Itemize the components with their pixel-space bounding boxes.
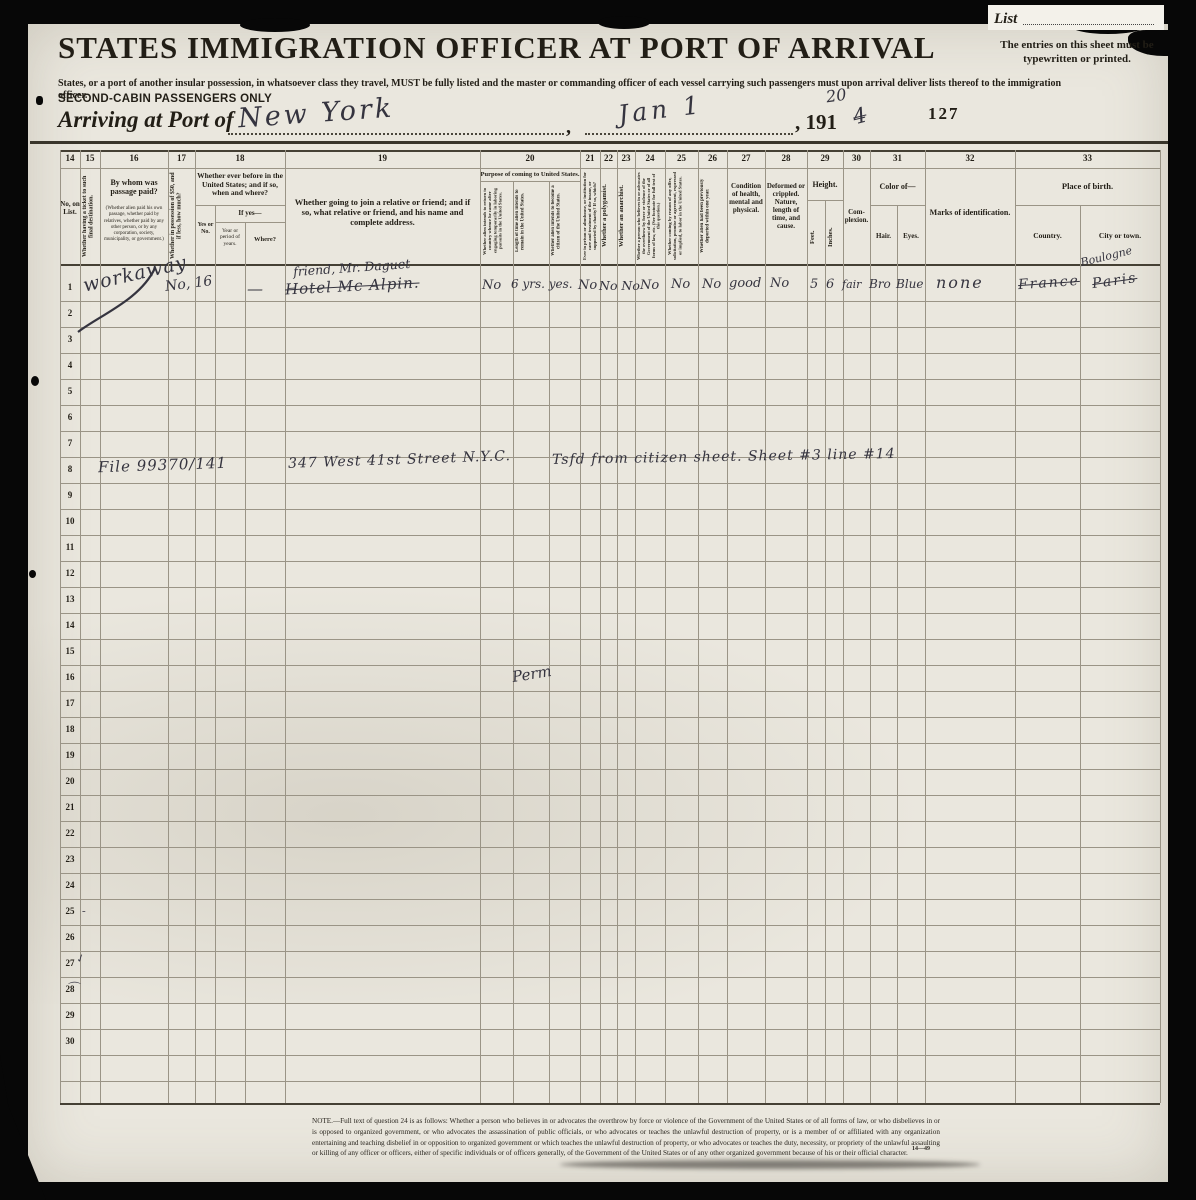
col-header-17: Whether in possession of $50, and if les… [170, 172, 193, 260]
grid-line [897, 205, 898, 1103]
row-number: 30 [60, 1036, 80, 1046]
row-number: 11 [60, 542, 80, 552]
pencil-mark: ⌒ [68, 978, 81, 997]
col-header-29-inches: Inches. [827, 215, 841, 259]
grid-line [60, 535, 1160, 536]
grid-line [765, 150, 766, 1103]
row-number: 21 [60, 802, 80, 812]
row-number: 14 [60, 620, 80, 630]
grid-line [60, 717, 1160, 718]
date-blank-line [585, 133, 793, 135]
col-number-21: 21 [580, 153, 600, 163]
grid-line [60, 795, 1160, 796]
pencil-mark: - [82, 905, 86, 917]
grid-line [60, 509, 1160, 510]
entry-deported: No [702, 277, 721, 292]
col-header-29-feet: Feet. [809, 215, 823, 259]
entry-overthrow: No [640, 278, 659, 293]
col-number-23: 23 [617, 153, 635, 163]
list-label: List [994, 11, 1017, 28]
grid-line [870, 150, 871, 1103]
col-number-31: 31 [870, 153, 925, 163]
col-header-25: Whether coming by reason of any offer, s… [667, 172, 696, 260]
grid-line [1015, 205, 1160, 206]
grid-line [60, 1003, 1160, 1004]
port-blank-line [228, 133, 564, 135]
col-header-16-note: (Whether alien paid his own passage, whe… [102, 206, 166, 244]
grid-line [60, 873, 1160, 874]
grid-line [60, 483, 1160, 484]
grid-line [60, 379, 1160, 380]
col-number-29: 29 [807, 153, 843, 163]
col-header-33: Place of birth. [1015, 182, 1160, 192]
col-number-33: 33 [1015, 153, 1160, 163]
row-number: 29 [60, 1010, 80, 1020]
row-number: 4 [60, 360, 80, 370]
year-correction: 20 [825, 85, 848, 107]
grid-line [60, 327, 1160, 328]
col-number-26: 26 [698, 153, 727, 163]
col-header-28: Deformed or crippled. Nature, length of … [766, 182, 806, 230]
grid-line [60, 1103, 1160, 1105]
year-printed: , 191 [795, 110, 837, 134]
col-header-31-hair: Hair. [870, 232, 897, 240]
grid-line [843, 150, 844, 1103]
entry-deformed: No [770, 276, 789, 291]
arriving-at-port-label: Arriving at Port of [58, 107, 234, 133]
col-number-17: 17 [168, 153, 195, 163]
entry-hair: Bro [869, 277, 891, 291]
row-number: 19 [60, 750, 80, 760]
row-number: 7 [60, 438, 80, 448]
list-blank-line [1023, 24, 1154, 25]
grid-line [60, 561, 1160, 562]
scan-smudge [560, 1160, 980, 1169]
col-number-18: 18 [195, 153, 285, 163]
col-header-15: Whether having a ticket to such final de… [82, 172, 98, 260]
entry-return-intent: No [482, 278, 501, 293]
col-header-18-yesno: Yes or No. [196, 222, 215, 236]
grid-line [60, 925, 1160, 926]
col-number-32: 32 [925, 153, 1015, 163]
col-header-24: Whether a person who believes in or advo… [637, 172, 663, 260]
grid-line [513, 181, 514, 1103]
row-number: 13 [60, 594, 80, 604]
col-number-30: 30 [843, 153, 870, 163]
row-number: 17 [60, 698, 80, 708]
typewritten-note: The entries on this sheet must be typewr… [972, 38, 1182, 67]
col-number-15: 15 [80, 153, 100, 163]
pen-flourish [60, 260, 200, 340]
form-mark: 14—49 [912, 1146, 930, 1152]
grid-line [60, 264, 1160, 266]
col-number-20: 20 [480, 153, 580, 163]
col-header-16: By whom was passage paid? [102, 178, 166, 196]
entry-prison: No [578, 278, 597, 293]
col-header-19: Whether going to join a relative or frie… [290, 198, 475, 227]
col-header-30: Com­plexion. [843, 208, 870, 224]
grid-line [698, 150, 699, 1103]
grid-line [60, 1029, 1160, 1030]
col-number-28: 28 [765, 153, 807, 163]
row-number: 8 [60, 464, 80, 474]
row-number: 22 [60, 828, 80, 838]
entry-eyes: Blue [896, 277, 924, 291]
grid-line [60, 847, 1160, 848]
grid-line [60, 405, 1160, 406]
scan-speck [36, 96, 43, 105]
col-header-22: Whether a polygamist. [601, 172, 616, 260]
grid-line [60, 899, 1160, 900]
grid-line [665, 150, 666, 1103]
grid-line [825, 200, 826, 1103]
col-header-26: Whether alien had been previously deport… [700, 172, 725, 260]
entry-marks: none [936, 273, 984, 292]
grid-line [727, 150, 728, 1103]
grid-line [60, 587, 1160, 588]
col-header-20-sub1: Whether alien intends to return to count… [482, 184, 511, 258]
grid-line [60, 665, 1160, 666]
col-header-27: Condition of health, mental and physical… [728, 182, 764, 214]
col-header-21: Ever in prison or almshouse, or institut… [582, 172, 598, 260]
entry-health: good [729, 276, 761, 291]
grid-line [60, 769, 1160, 770]
col-header-29: Height. [807, 180, 843, 189]
grid-line [60, 743, 1160, 744]
entry-labor-offer: No [671, 277, 690, 292]
grid-line [60, 353, 1160, 354]
scanned-manifest-page: List The entries on this sheet must be t… [0, 0, 1196, 1200]
grid-line [60, 301, 1160, 302]
col-header-33-city: City or town. [1080, 232, 1160, 241]
grid-line [480, 181, 580, 182]
entry-height-inches: 6 [826, 277, 834, 292]
row-number: 5 [60, 386, 80, 396]
col-header-18-year: Year or period of years. [216, 228, 244, 247]
col-header-23: Whether an anarchist. [618, 172, 634, 260]
page-stamp-number: 127 [928, 104, 960, 124]
grid-line [1080, 205, 1081, 1103]
scan-speck [29, 570, 36, 578]
grid-line [245, 222, 246, 1103]
scan-speck [31, 376, 39, 386]
grid-line [60, 150, 1160, 152]
col-header-32: Marks of identification. [925, 208, 1015, 217]
col-number-24: 24 [635, 153, 665, 163]
col-number-16: 16 [100, 153, 168, 163]
entry-height-feet: 5 [810, 277, 818, 292]
grid-line [60, 639, 1160, 640]
col-header-20-sub2: Length of time alien intends to remain i… [515, 184, 545, 258]
col-header-18-ifyes: If yes— [215, 209, 285, 217]
col-number-25: 25 [665, 153, 698, 163]
grid-line [60, 951, 1160, 952]
heavy-rule [30, 141, 1168, 144]
footnote-question-24: NOTE.—Full text of question 24 is as fol… [312, 1116, 940, 1159]
grid-line [60, 977, 1160, 978]
row-number: 9 [60, 490, 80, 500]
grid-line [1160, 150, 1161, 1103]
row-number: 26 [60, 932, 80, 942]
page-title: STATES IMMIGRATION OFFICER AT PORT OF AR… [58, 30, 918, 66]
row-number: 12 [60, 568, 80, 578]
row-number: 10 [60, 516, 80, 526]
row-number: 16 [60, 672, 80, 682]
col-header-33-country: Country. [1015, 232, 1080, 241]
col-header-18: Whether ever before in the United States… [196, 172, 284, 198]
col-header-18-where: Where? [245, 236, 285, 243]
row-number: 18 [60, 724, 80, 734]
row-number: 6 [60, 412, 80, 422]
col-header-14: No, on List. [60, 200, 80, 216]
grid-line [480, 150, 481, 1103]
grid-line [549, 181, 550, 1103]
row-number: 24 [60, 880, 80, 890]
grid-line [807, 150, 808, 1103]
col-number-22: 22 [600, 153, 617, 163]
col-number-19: 19 [285, 153, 480, 163]
grid-line [215, 222, 285, 223]
col-header-20: Purpose of coming to United States. [480, 171, 580, 178]
list-number-slip: List [988, 5, 1164, 30]
grid-line [60, 168, 1160, 169]
entry-length-citizen: 6 yrs. yes. [511, 277, 573, 291]
comma-printed: , [566, 116, 571, 139]
entry-before-us: — [247, 279, 263, 298]
col-header-31-eyes: Eyes. [897, 232, 925, 240]
col-number-14: 14 [60, 153, 80, 163]
row-number: 23 [60, 854, 80, 864]
entry-polygamist-anarchist: No No [599, 278, 640, 293]
row-number: 15 [60, 646, 80, 656]
row-number: 25 [60, 906, 80, 916]
grid-line [60, 613, 1160, 614]
grid-line [215, 205, 216, 1103]
row-number: 20 [60, 776, 80, 786]
grid-line [60, 1081, 1160, 1082]
grid-line [60, 1055, 1160, 1056]
entry-complexion: fair [842, 278, 861, 291]
scan-blot [598, 16, 650, 29]
grid-line [60, 431, 1160, 432]
grid-line [60, 821, 1160, 822]
col-number-27: 27 [727, 153, 765, 163]
grid-line [925, 150, 926, 1103]
grid-line [1015, 150, 1016, 1103]
col-header-31: Color of— [870, 182, 925, 191]
col-header-20-sub3: Whether alien intends to become a citize… [551, 184, 578, 258]
scan-shading [28, 584, 928, 1004]
grid-line [60, 691, 1160, 692]
grid-line [195, 205, 285, 206]
